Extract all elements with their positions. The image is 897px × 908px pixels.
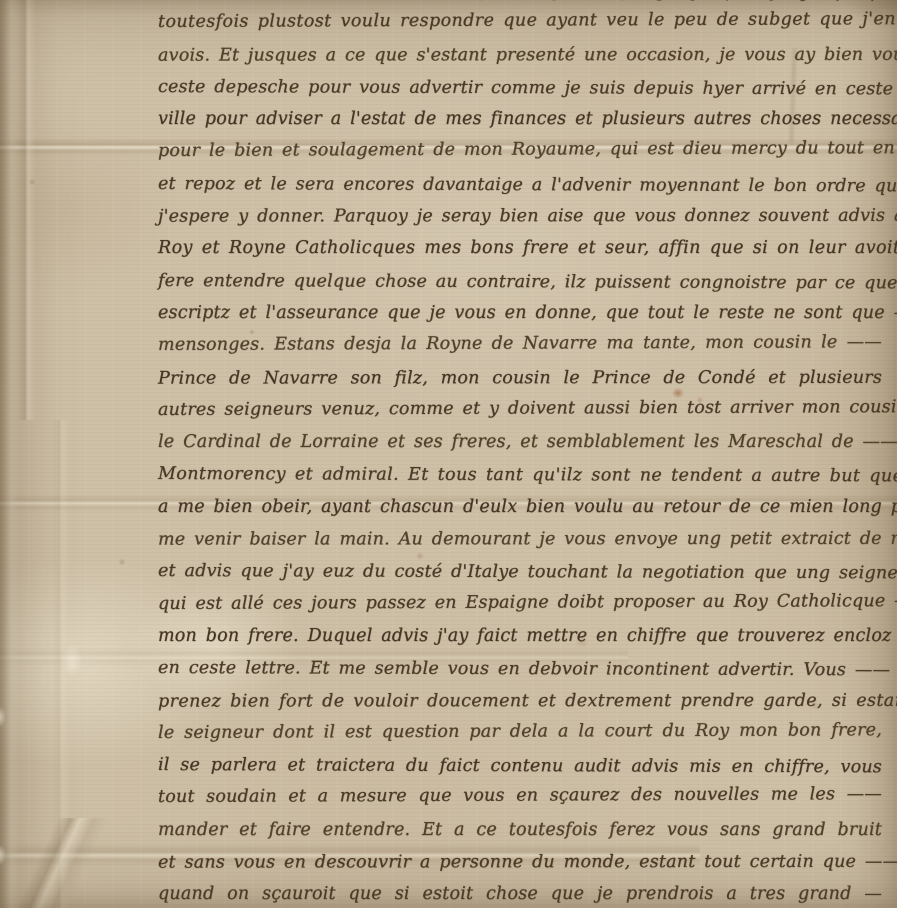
manuscript-line: en ceste lettre. Et me semble vous en de… — [158, 652, 882, 687]
vertical-crease-left — [18, 0, 36, 420]
paper-left-edge — [0, 0, 20, 908]
manuscript-line: tout soudain et a mesure que vous en sça… — [158, 779, 882, 814]
cropped-line-bottom: quand on sçauroit que si estoit chose qu… — [158, 878, 882, 908]
manuscript-line: ville pour adviser a l'estat de mes fina… — [158, 103, 882, 135]
manuscript-line: autres seigneurs venuz, comme et y doive… — [158, 391, 882, 426]
manuscript-line: et repoz et le sera encores davantaige a… — [158, 168, 882, 203]
manuscript-line: ceste depesche pour vous advertir comme … — [158, 71, 882, 106]
manuscript-line: Prince de Navarre son filz, mon cousin l… — [158, 361, 882, 394]
manuscript-line: le Cardinal de Lorraine et ses freres, e… — [158, 426, 882, 458]
vertical-crease-lower-left — [52, 420, 70, 908]
manuscript-line: escriptz et l'asseurance que je vous en … — [158, 297, 882, 329]
manuscript-line: fere entendre quelque chose au contraire… — [158, 265, 882, 300]
manuscript-line: me venir baiser la main. Au demourant je… — [158, 523, 882, 556]
manuscript-line: mander et faire entendre. Et a ce toutes… — [158, 814, 882, 846]
manuscript-line: et sans vous en descouvrir a personne du… — [158, 846, 882, 879]
manuscript-line: mon bon frere. Duquel advis j'ay faict m… — [158, 620, 882, 652]
manuscript-line: toutesfois plustost voulu respondre que … — [158, 4, 882, 39]
manuscript-line: j'espere y donner. Parquoy je seray bien… — [158, 200, 882, 233]
letter-body: p ſ y g f p j q ſ g p y ſ f g j p q y ſ … — [158, 0, 882, 908]
manuscript-line: qui est allé ces jours passez en Espaign… — [158, 585, 882, 620]
edge-highlight-notch — [0, 704, 10, 730]
manuscript-line: prenez bien fort de vouloir doucement et… — [158, 684, 882, 717]
manuscript-line: Montmorency et admiral. Et tous tant qu'… — [158, 458, 882, 493]
manuscript-line: a me bien obeir, ayant chascun d'eulx bi… — [158, 491, 882, 523]
manuscript-page: p ſ y g f p j q ſ g p y ſ f g j p q y ſ … — [0, 0, 897, 908]
manuscript-line: avois. Et jusques a ce que s'estant pres… — [158, 38, 882, 71]
corner-fold-bottom-left — [0, 818, 110, 908]
edge-highlight-notch — [0, 842, 10, 868]
manuscript-line: Roy et Royne Catholicques mes bons frere… — [158, 232, 882, 264]
manuscript-line: mensonges. Estans desja la Royne de Nava… — [158, 326, 882, 361]
manuscript-line: le seigneur dont il est question par del… — [158, 714, 882, 749]
manuscript-line: pour le bien et soulagement de mon Royau… — [158, 133, 882, 168]
